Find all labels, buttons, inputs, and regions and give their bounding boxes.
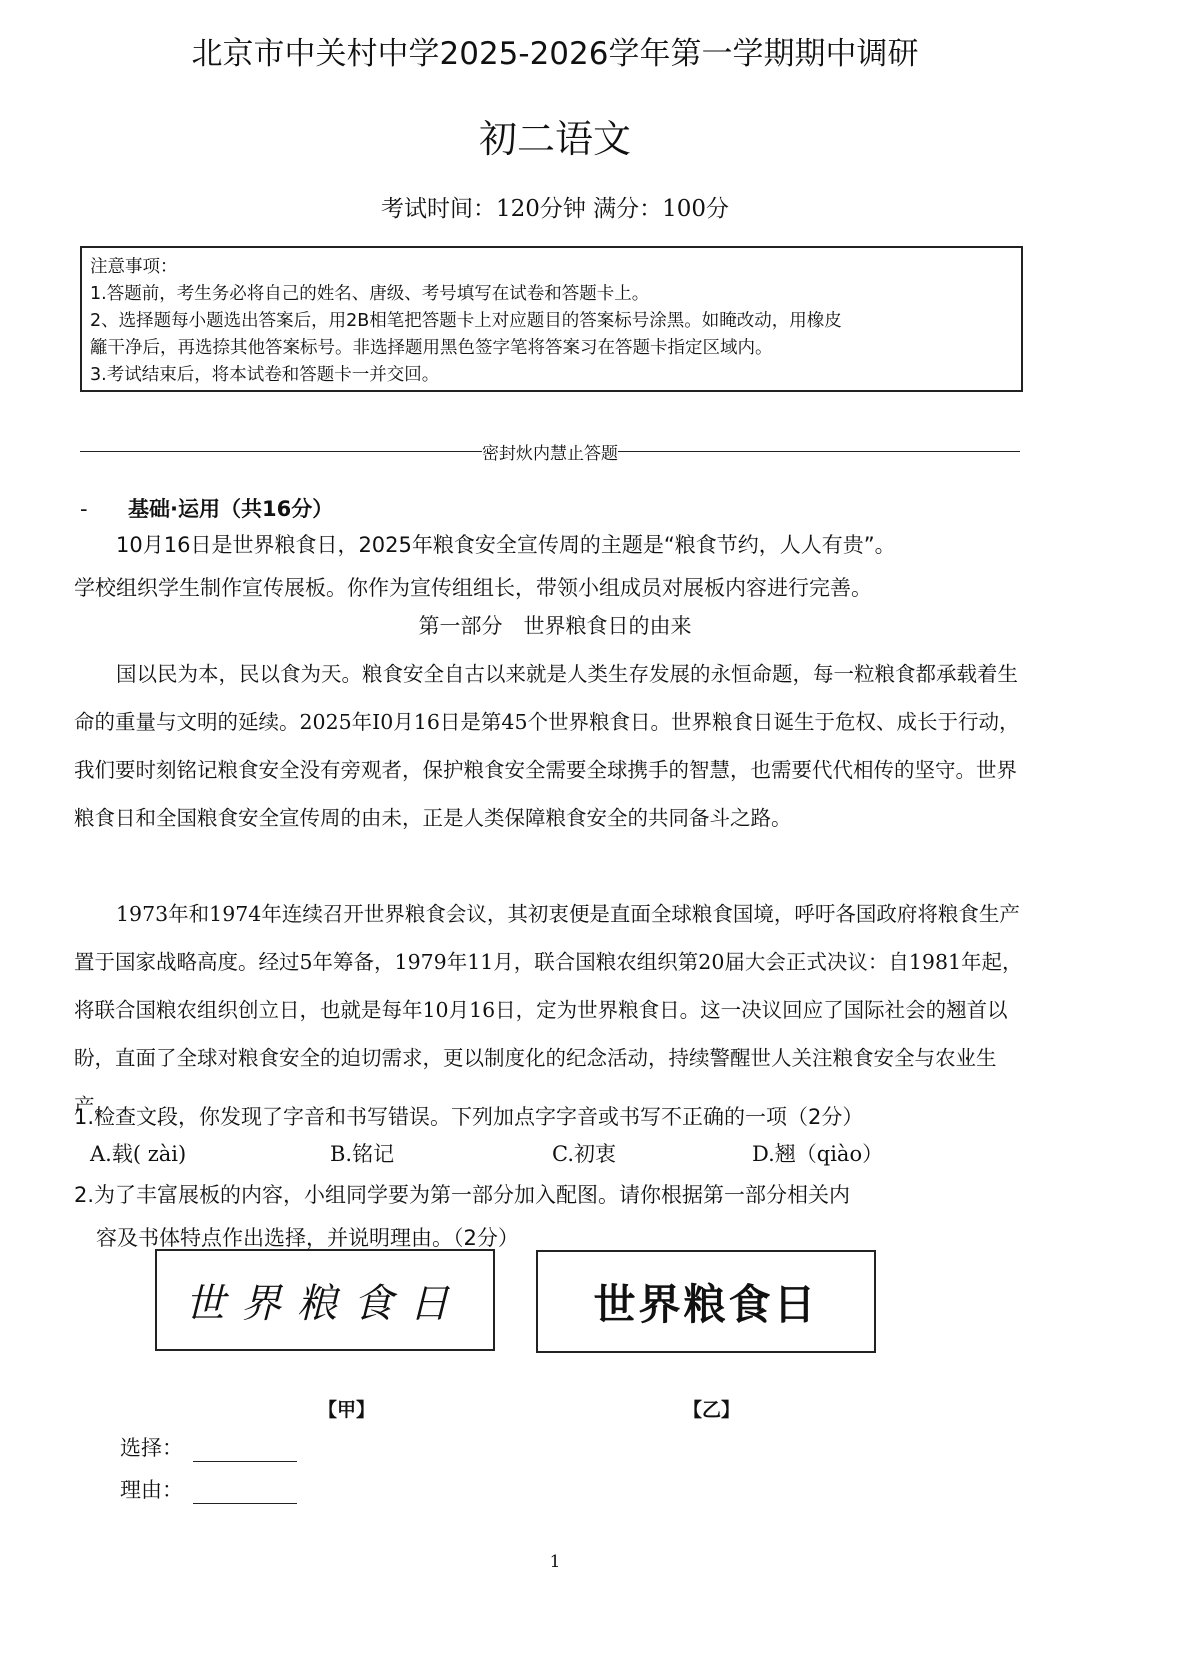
exam-time-score: 考试时间：120分钟 满分：100分 bbox=[0, 190, 1110, 223]
seal-line: 密封炏内慧止答题 bbox=[80, 440, 1020, 462]
intro-line-2: 学校组织学生制作宣传展板。你作为宣传组组长，带领小组成员对展板内容进行完善。 bbox=[74, 567, 1034, 610]
notice-item: 3.考试结束后，将本试卷和答题卡一并交回。 bbox=[90, 362, 1013, 389]
notice-box: 注意事项： 1.答题前，考生务必将自己的姓名、唐级、考号填写在试卷和答题卡上。 … bbox=[80, 246, 1023, 392]
exam-title: 北京市中关村中学2025-2026学年第一学期期中调研 bbox=[0, 28, 1110, 73]
question-1-options: A.载( zài) B.铭记 C.初衷 D.翘（qiào） bbox=[90, 1138, 990, 1168]
choice-row: 选择： bbox=[120, 1432, 297, 1462]
option-b[interactable]: B.铭记 bbox=[330, 1138, 552, 1168]
notice-item: 2、选择题每小题选出答案后，用2B相笔把答题卡上对应题目的答案标号涂黑。如䁆改动… bbox=[90, 308, 1013, 335]
option-a[interactable]: A.载( zài) bbox=[90, 1138, 330, 1168]
intro-line-1: 10月16日是世界粮食日，2025年粮食安全宣传周的主题是“粮食节约，人人有贵”… bbox=[74, 524, 1034, 567]
reason-row: 理由： bbox=[120, 1474, 297, 1504]
question-2-line-1: 2.为了丰富展板的内容，小组同学要为第一部分加入配图。请你根据第一部分相关内 bbox=[74, 1176, 1034, 1214]
notice-heading: 注意事项： bbox=[90, 254, 1013, 281]
seal-line-text: 密封炏内慧止答题 bbox=[482, 439, 618, 464]
notice-item: 籬干净后，再选捺其他答案标号。非选择题用黑色签字笔将答案习在答题卡指定区域内。 bbox=[90, 335, 1013, 362]
part-one-title: 第一部分 世界粮食日的由来 bbox=[0, 610, 1110, 640]
section-marker: - bbox=[80, 497, 128, 521]
seal-line-right bbox=[618, 451, 1020, 452]
image-b-label: 【乙】 bbox=[683, 1395, 740, 1422]
choice-label: 选择： bbox=[120, 1432, 183, 1462]
option-d[interactable]: D.翘（qiào） bbox=[752, 1138, 883, 1168]
reason-label: 理由： bbox=[120, 1474, 183, 1504]
section-title: 基础·运用（共16分） bbox=[128, 497, 333, 521]
emphasis-char: 铭 bbox=[177, 758, 198, 782]
page-number: 1 bbox=[0, 1552, 1110, 1572]
seal-line-left bbox=[80, 451, 482, 452]
calligraphy-image-b: 世界粮食日 bbox=[536, 1250, 876, 1353]
paragraph-1: 国以民为本，民以食为天。粮食安全自古以来就是人类生存发展的永恒命题，每一粒粮食都… bbox=[74, 650, 1034, 842]
exam-subject: 初二语文 bbox=[0, 108, 1110, 163]
emphasis-not-correct: 不正确 bbox=[661, 1105, 724, 1129]
paragraph-2: 1973年和1974年连续召开世界粮食会议，其初衷便是直面全球粮食国境，呼吁各国… bbox=[74, 890, 1034, 1130]
notice-item: 1.答题前，考生务必将自己的姓名、唐级、考号填写在试卷和答题卡上。 bbox=[90, 281, 1013, 308]
calligraphy-image-a: 世界粮食日 bbox=[155, 1249, 495, 1351]
option-c[interactable]: C.初衷 bbox=[552, 1138, 752, 1168]
image-a-label: 【甲】 bbox=[318, 1395, 375, 1422]
choice-blank[interactable] bbox=[193, 1439, 297, 1462]
reason-blank[interactable] bbox=[193, 1481, 297, 1504]
section-heading: -基础·运用（共16分） bbox=[80, 493, 333, 523]
question-1: 1.检查文段，你发现了字音和书写错误。下列加点字字音或书写不正确的一项（2分） bbox=[74, 1098, 1034, 1136]
